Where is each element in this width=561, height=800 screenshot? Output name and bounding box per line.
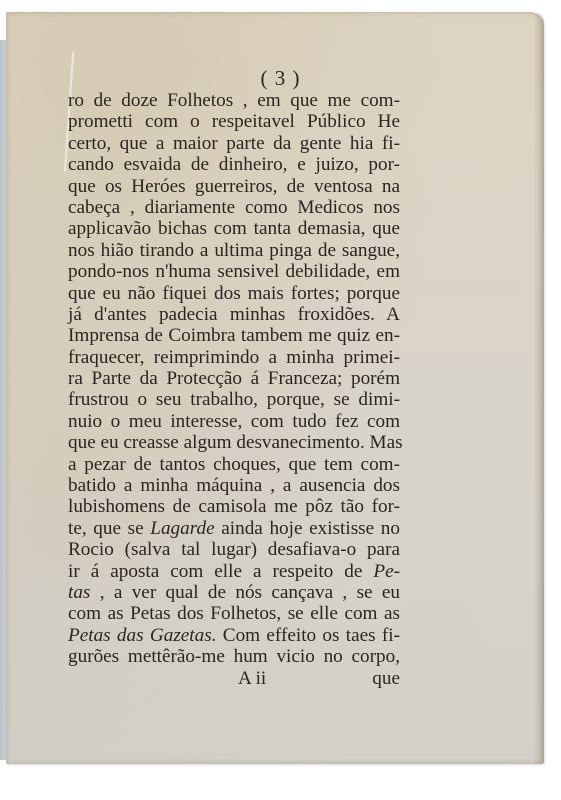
text-line: Imprensa de Coimbra tambem me quiz en-	[68, 325, 400, 346]
text-line: que eu não fiquei dos mais fortes; porqu…	[68, 283, 400, 304]
page-number: ( 3 )	[0, 66, 561, 91]
text-line: batido a minha máquina , a ausencia dos	[68, 475, 400, 496]
text-line: certo, que a maior parte da gente hia fi…	[68, 133, 400, 154]
italic-text: Petas das Gazetas.	[68, 625, 217, 646]
text-line: applicavão bichas com tanta demasia, que	[68, 218, 400, 239]
italic-text: Pe-	[373, 561, 400, 582]
text-line: prometti com o respeitavel Público He	[68, 111, 400, 132]
text-line: te, que se Lagarde ainda hoje existisse …	[68, 518, 400, 539]
text-line: ir á aposta com elle a respeito de Pe-	[68, 561, 400, 582]
catchword: que	[372, 668, 400, 689]
signature-mark: A ii	[238, 668, 266, 689]
text-line: ra Parte da Protecção á Franceza; porém	[68, 368, 400, 389]
text-line: com as Petas dos Folhetos, se elle com a…	[68, 603, 400, 624]
text-line: Petas das Gazetas. Com effeito os taes f…	[68, 625, 400, 646]
text-line: tas , a ver qual de nós cançava , se eu	[68, 582, 400, 603]
text-line: já d'antes padecia minhas froxidões. A	[68, 304, 400, 325]
page-footer: A ii que	[68, 668, 400, 689]
body-text: ro de doze Folhetos , em que me com- pro…	[68, 90, 400, 689]
text-line: pondo-nos n'huma sensivel debilidade, em	[68, 261, 400, 282]
text-line: a pezar de tantos choques, que tem com-	[68, 454, 400, 475]
text-line: que os Heróes guerreiros, de ventosa na	[68, 176, 400, 197]
text-line: cando esvaida de dinheiro, e juizo, por-	[68, 154, 400, 175]
text-line: frustrou o seu trabalho, porque, se dimi…	[68, 389, 400, 410]
text-line: ro de doze Folhetos , em que me com-	[68, 90, 400, 111]
text-line: lubishomens de camisola me pôz tão for-	[68, 496, 400, 517]
text-line: cabeça , diariamente como Medicos nos	[68, 197, 400, 218]
text-line: fraquecer, reimprimindo a minha primei-	[68, 347, 400, 368]
text-line: gurões mettêrão-me hum vicio no corpo,	[68, 646, 400, 667]
text-line: nos hião tirando a ultima pinga de sangu…	[68, 240, 400, 261]
text-line: Rocio (salva tal lugar) desafiava-o para	[68, 539, 400, 560]
text-line: que eu creasse algum desvanecimento. Mas	[68, 432, 400, 453]
italic-text: Lagarde	[150, 518, 214, 539]
italic-text: tas	[68, 582, 90, 603]
text-line: nuio o meu interesse, com tudo fez com	[68, 411, 400, 432]
